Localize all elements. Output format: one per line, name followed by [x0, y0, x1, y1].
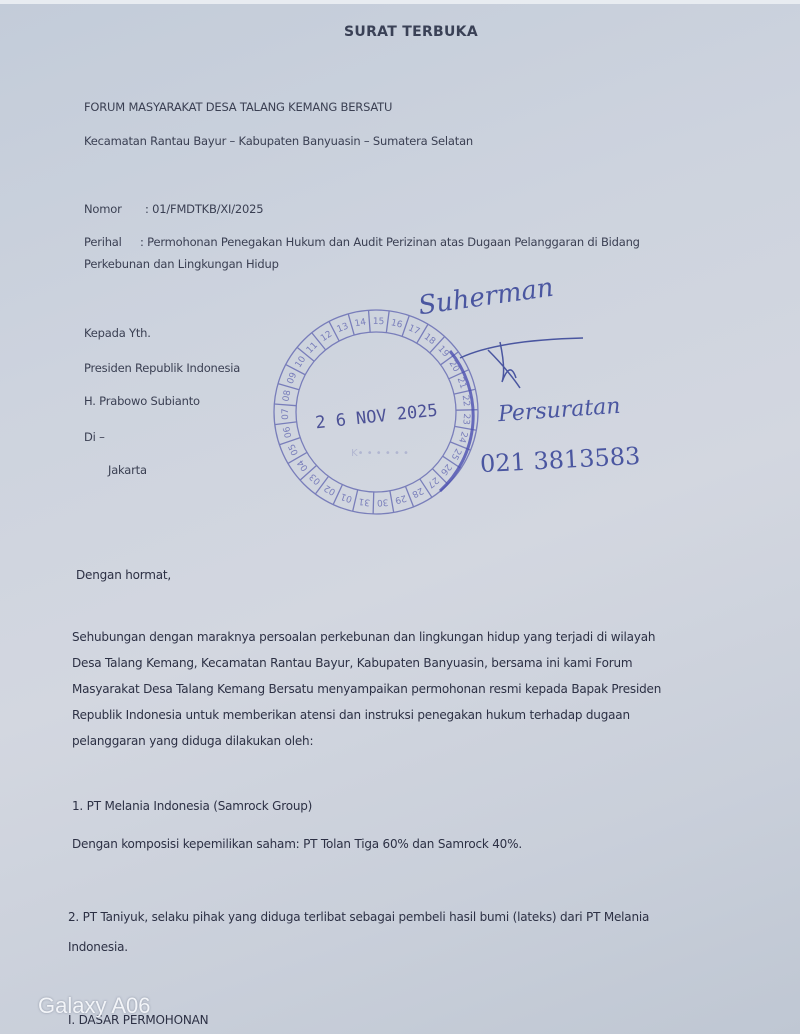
- svg-text:31: 31: [358, 496, 371, 507]
- recipient-line1: Kepada Yth.: [84, 326, 151, 340]
- greeting: Dengan hormat,: [76, 568, 171, 582]
- nomor-label: Nomor: [84, 202, 122, 216]
- svg-text:24: 24: [456, 430, 469, 444]
- document-title: SURAT TERBUKA: [0, 24, 800, 40]
- recipient-line2: Presiden Republik Indonesia: [84, 361, 240, 375]
- recipient-line3: H. Prabowo Subianto: [84, 394, 200, 408]
- handwritten-role: Persuratan: [497, 394, 621, 427]
- svg-text:12: 12: [319, 329, 334, 344]
- svg-text:07: 07: [281, 408, 291, 420]
- svg-text:28: 28: [410, 485, 425, 499]
- item2-line2: Indonesia.: [68, 940, 128, 954]
- paragraph-line: pelanggaran yang diduga dilakukan oleh:: [72, 734, 313, 748]
- svg-text:25: 25: [449, 446, 463, 461]
- svg-text:30: 30: [376, 496, 388, 507]
- perihal-label: Perihal: [84, 235, 122, 249]
- svg-text:08: 08: [282, 389, 294, 402]
- perihal-value-line1: : Permohonan Penegakan Hukum dan Audit P…: [140, 235, 640, 249]
- signature-scribble: [458, 330, 588, 390]
- svg-text:05: 05: [287, 442, 301, 457]
- item2-line1: 2. PT Taniyuk, selaku pihak yang diduga …: [68, 910, 649, 924]
- svg-text:29: 29: [393, 492, 407, 505]
- svg-text:26: 26: [438, 461, 453, 476]
- svg-text:11: 11: [305, 341, 320, 356]
- svg-text:15: 15: [373, 317, 385, 327]
- svg-text:16: 16: [390, 318, 404, 330]
- svg-text:02: 02: [323, 482, 338, 496]
- handwritten-signature-name: Suherman: [417, 273, 556, 322]
- recipient-line4: Di –: [84, 430, 105, 444]
- paragraph-line: Masyarakat Desa Talang Kemang Bersatu me…: [72, 682, 661, 696]
- paragraph-line: Sehubungan dengan maraknya persoalan per…: [72, 630, 655, 644]
- nomor-value: : 01/FMDTKB/XI/2025: [145, 202, 263, 216]
- svg-text:03: 03: [308, 471, 323, 486]
- svg-text:K• • • • • •: K• • • • • •: [351, 448, 409, 459]
- recipient-line5: Jakarta: [108, 463, 147, 477]
- svg-text:19: 19: [435, 344, 450, 359]
- svg-text:23: 23: [460, 413, 471, 425]
- svg-text:18: 18: [422, 332, 437, 347]
- organization-location: Kecamatan Rantau Bayur – Kabupaten Banyu…: [84, 134, 473, 148]
- paper-top-edge: [0, 0, 800, 4]
- svg-text:10: 10: [294, 354, 309, 369]
- svg-text:22: 22: [460, 395, 471, 408]
- organization-name: FORUM MASYARAKAT DESA TALANG KEMANG BERS…: [84, 100, 392, 114]
- perihal-value-line2: Perkebunan dan Lingkungan Hidup: [84, 257, 279, 271]
- svg-text:04: 04: [296, 457, 311, 472]
- svg-text:09: 09: [286, 371, 300, 386]
- received-date-stamp: 1415161718192021222324252627282930310102…: [270, 306, 482, 518]
- item1-title: 1. PT Melania Indonesia (Samrock Group): [72, 799, 312, 813]
- svg-text:06: 06: [282, 425, 294, 439]
- svg-text:01: 01: [340, 490, 354, 503]
- paragraph-line: Desa Talang Kemang, Kecamatan Rantau Bay…: [72, 656, 632, 670]
- svg-text:13: 13: [336, 322, 350, 336]
- svg-text:2 6 NOV 2025: 2 6 NOV 2025: [314, 401, 438, 434]
- svg-text:17: 17: [407, 323, 422, 337]
- paragraph-line: Republik Indonesia untuk memberikan aten…: [72, 708, 630, 722]
- svg-text:14: 14: [354, 317, 367, 329]
- camera-watermark: Galaxy A06: [38, 993, 151, 1019]
- svg-text:27: 27: [425, 474, 440, 489]
- handwritten-phone: 021 3813583: [479, 442, 641, 478]
- item1-detail: Dengan komposisi kepemilikan saham: PT T…: [72, 837, 522, 851]
